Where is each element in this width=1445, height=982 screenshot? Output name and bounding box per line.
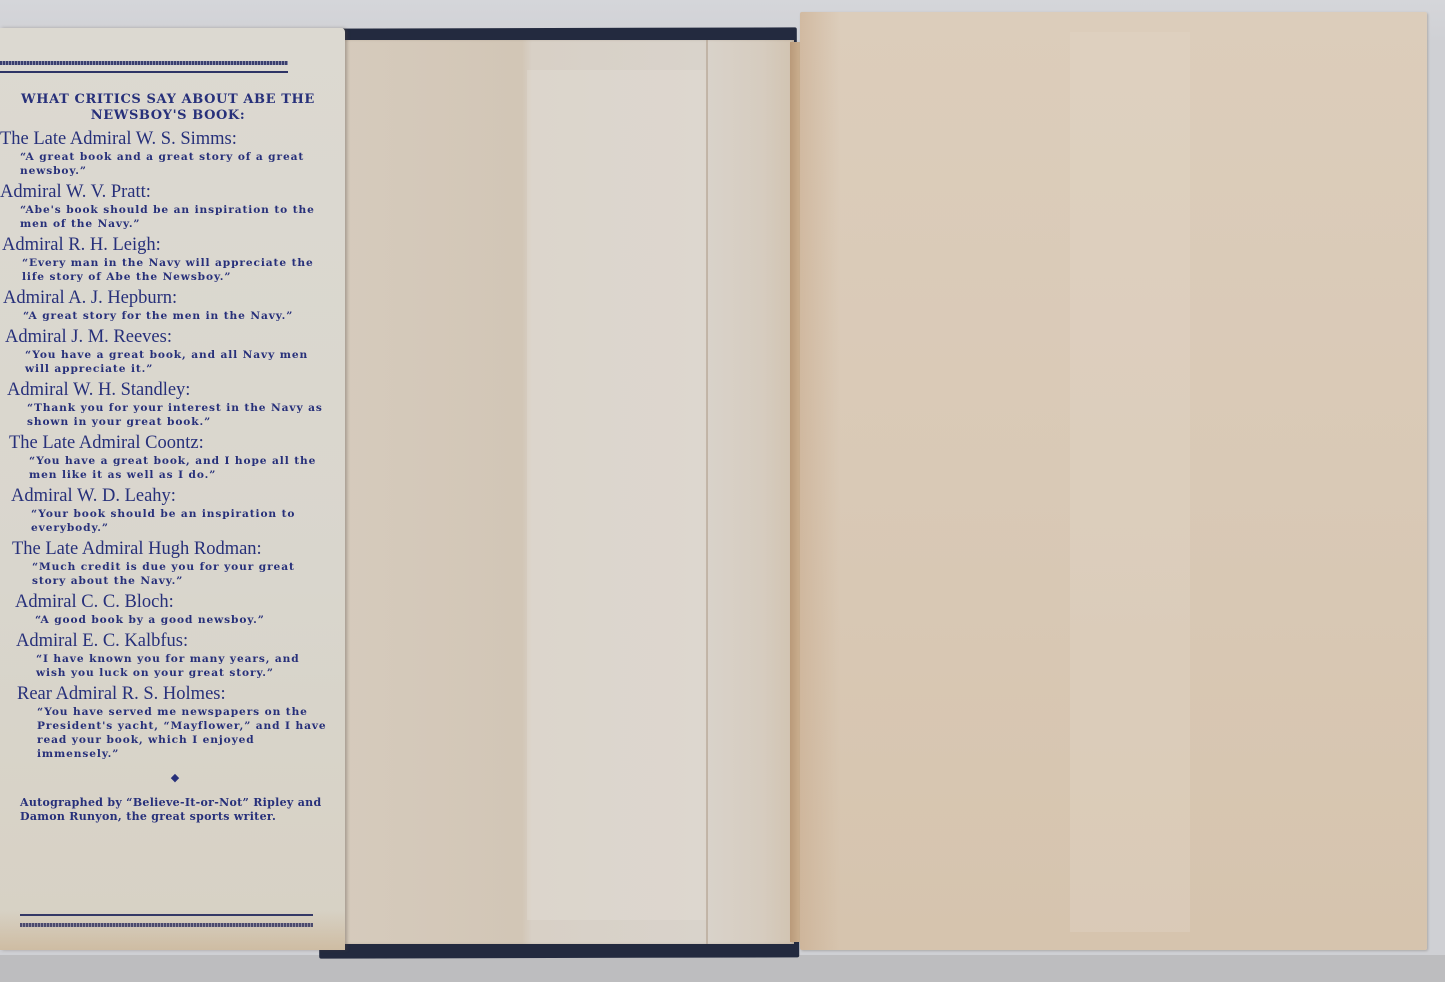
testimonial-entry: The Late Admiral Hugh Rodman: “Much cred… (0, 538, 330, 588)
critic-name: Admiral W. D. Leahy: (11, 485, 330, 507)
critic-quote: “You have served me newspapers on the Pr… (17, 705, 330, 761)
testimonial-entry: Admiral W. V. Pratt: “Abe's book should … (0, 181, 330, 231)
free-endpaper-page (800, 12, 1427, 950)
foxing-stain (0, 910, 345, 950)
testimonial-entry: The Late Admiral W. S. Simms: “A great b… (0, 128, 330, 178)
critic-name: The Late Admiral Coontz: (9, 432, 330, 454)
testimonial-entry: Admiral E. C. Kalbfus: “I have known you… (0, 630, 330, 680)
critic-quote: “I have known you for many years, and wi… (16, 652, 330, 680)
critic-name: Admiral R. H. Leigh: (2, 234, 330, 256)
critic-quote: “Abe's book should be an inspiration to … (0, 203, 330, 231)
dust-jacket-flap: WHAT CRITICS SAY ABOUT ABE THE NEWSBOY'S… (0, 28, 345, 950)
critic-quote: “Every man in the Navy will appreciate t… (2, 256, 330, 284)
decorative-rule-top-solid (0, 71, 288, 73)
critic-name: Admiral C. C. Bloch: (15, 591, 330, 613)
critic-name: Admiral J. M. Reeves: (5, 326, 330, 348)
critic-quote: “A great story for the men in the Navy.” (3, 309, 330, 323)
critic-name: Admiral W. V. Pratt: (0, 181, 330, 203)
testimonial-entry: Admiral W. D. Leahy: “Your book should b… (0, 485, 330, 535)
critic-name: Admiral W. H. Standley: (7, 379, 330, 401)
critic-name: Rear Admiral R. S. Holmes: (17, 683, 330, 705)
critic-quote: “Thank you for your interest in the Navy… (7, 401, 330, 429)
testimonial-entry: Admiral J. M. Reeves: “You have a great … (0, 326, 330, 376)
endpaper-fold-line (706, 40, 708, 944)
endpaper-shade-panel (527, 70, 707, 920)
critic-quote: “Your book should be an inspiration to e… (11, 507, 330, 535)
testimonial-entry: Admiral C. C. Bloch: “A good book by a g… (0, 591, 330, 627)
front-pastedown-endpaper (322, 40, 794, 944)
critic-quote: “You have a great book, and all Navy men… (5, 348, 330, 376)
testimonial-entry: The Late Admiral Coontz: “You have a gre… (0, 432, 330, 482)
critic-name: The Late Admiral Hugh Rodman: (12, 538, 330, 560)
autograph-note: Autographed by “Believe-It-or-Not” Riple… (0, 796, 330, 824)
critic-quote: “A good book by a good newsboy.” (15, 613, 330, 627)
critic-quote: “You have a great book, and I hope all t… (9, 454, 330, 482)
testimonial-entry: Rear Admiral R. S. Holmes: “You have ser… (0, 683, 330, 761)
decorative-rule-top-wavy (0, 61, 288, 65)
critic-quote: “Much credit is due you for your great s… (12, 560, 330, 588)
testimonial-entry: Admiral W. H. Standley: “Thank you for y… (0, 379, 330, 429)
critic-name: The Late Admiral W. S. Simms: (0, 128, 330, 150)
testimonial-entry: Admiral R. H. Leigh: “Every man in the N… (0, 234, 330, 284)
critic-quote: “A great book and a great story of a gre… (0, 150, 330, 178)
endpaper-shade-panel (1070, 32, 1190, 932)
diamond-ornament-icon: ◆ (0, 771, 330, 784)
critics-testimonials: WHAT CRITICS SAY ABOUT ABE THE NEWSBOY'S… (0, 92, 330, 824)
testimonials-heading: WHAT CRITICS SAY ABOUT ABE THE NEWSBOY'S… (0, 92, 330, 124)
photo-background-bottom (0, 955, 1445, 982)
critic-name: Admiral E. C. Kalbfus: (16, 630, 330, 652)
testimonial-entry: Admiral A. J. Hepburn: “A great story fo… (0, 287, 330, 323)
critic-name: Admiral A. J. Hepburn: (3, 287, 330, 309)
